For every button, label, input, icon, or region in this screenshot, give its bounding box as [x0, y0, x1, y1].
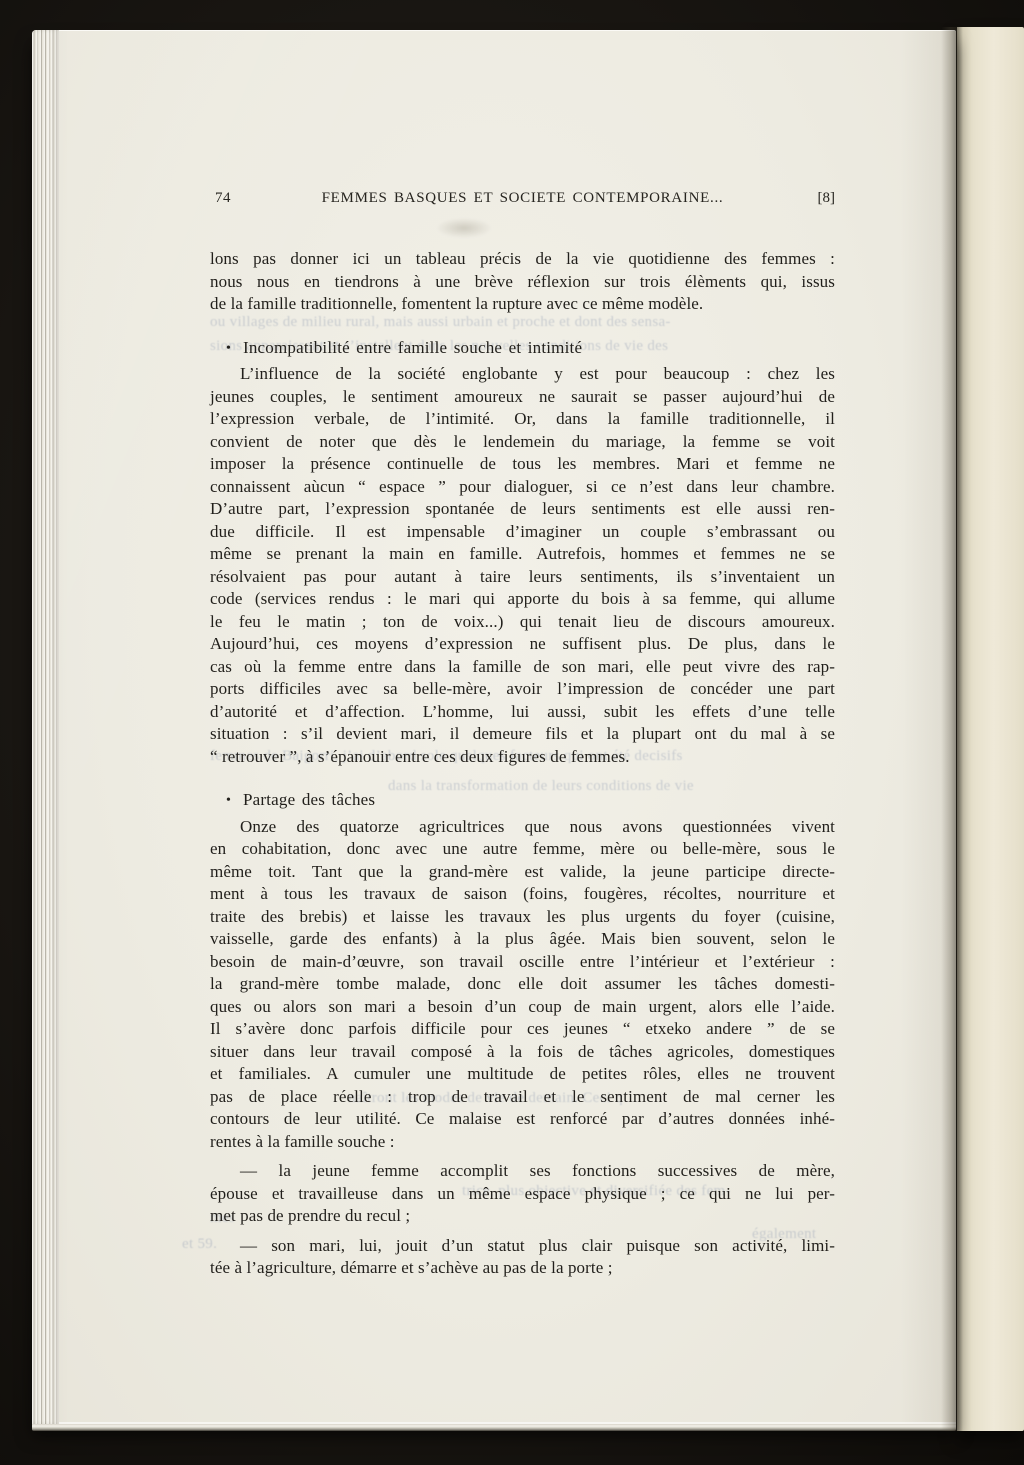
text-line: — son mari, lui, jouit d’un statut plus … [210, 1235, 835, 1258]
paragraph: — son mari, lui, jouit d’un statut plus … [210, 1235, 835, 1280]
text-line: pas de place réelle : trop de travail et… [210, 1086, 835, 1109]
text-line: nous nous en tiendrons à une brève réfle… [210, 271, 835, 294]
text-line: ques ou alors son mari a besoin d’un cou… [210, 996, 835, 1019]
section-heading-text: Incompatibilité entre famille souche et … [243, 338, 582, 357]
text-line: et familiales. A cumuler une multitude d… [210, 1063, 835, 1086]
text-line: vaisselle, garde des enfants) à la plus … [210, 928, 835, 951]
text-line: situation : s’il devient mari, il demeur… [210, 723, 835, 746]
text-line: jeunes couples, le sentiment amoureux ne… [210, 386, 835, 409]
page-stack-left-edges [32, 30, 59, 1424]
text-line: L’influence de la société englobante y e… [210, 363, 835, 386]
text-line: cas où la femme entre dans la famille de… [210, 656, 835, 679]
running-header: 74 FEMMES BASQUES ET SOCIETE CONTEMPORAI… [210, 190, 835, 212]
text-column: 74 FEMMES BASQUES ET SOCIETE CONTEMPORAI… [210, 190, 835, 1280]
facing-page-edge [957, 27, 1024, 1431]
text-line: en cohabitation, donc avec une autre fem… [210, 838, 835, 861]
photo-background: ou villages de milieu rural, mais aussi … [0, 0, 1024, 1465]
text-line: épouse et travailleuse dans un même espa… [210, 1183, 835, 1206]
text-line: D’autre part, l’expression spontanée de … [210, 498, 835, 521]
paragraph: lons pas donner ici un tableau précis de… [210, 248, 835, 316]
page-number: 74 [215, 190, 231, 207]
page-body: lons pas donner ici un tableau précis de… [210, 248, 835, 1280]
text-line: convient de noter que dès le lendemein d… [210, 431, 835, 454]
text-line: le feu le matin ; ton de voix...) qui te… [210, 611, 835, 634]
text-line: résolvaient pas pour autant à taire leur… [210, 566, 835, 589]
text-line: même toit. Tant que la grand-mère est va… [210, 861, 835, 884]
text-line: Il s’avère donc parfois difficile pour c… [210, 1018, 835, 1041]
book-gutter-shadow [941, 27, 963, 1431]
text-line: connaissent aùcun “ espace ” pour dialog… [210, 476, 835, 499]
section-heading-text: Partage des tâches [243, 790, 375, 809]
text-line: due difficile. Il est impensable d’imagi… [210, 521, 835, 544]
text-line: code (services rendus : le mari qui appo… [210, 588, 835, 611]
text-line: de la famille traditionnelle, fomentent … [210, 293, 835, 316]
text-line: ment à tous les travaux de saison (foins… [210, 883, 835, 906]
bullet-icon: • [226, 790, 243, 813]
text-line: besoin de main-d’œuvre, son travail osci… [210, 951, 835, 974]
bullet-icon: • [226, 338, 243, 361]
text-line: imposer la présence continuelle de tous … [210, 453, 835, 476]
page-stack-bottom-edges [32, 1424, 956, 1431]
text-line: Onze des quatorze agricultrices que nous… [210, 816, 835, 839]
text-line: traite des brebis) et laisse les travaux… [210, 906, 835, 929]
text-line: rentes à la famille souche : [210, 1131, 835, 1154]
text-line: met pas de prendre du recul ; [210, 1205, 835, 1228]
text-line: Aujourd’hui, ces moyens d’expression ne … [210, 633, 835, 656]
text-line: situer dans leur travail composé à la fo… [210, 1041, 835, 1064]
text-line: “ retrouver ”, à s’épanouir entre ces de… [210, 746, 835, 769]
text-line: — la jeune femme accomplit ses fonctions… [210, 1160, 835, 1183]
text-line: d’autorité et d’affection. L’homme, lui … [210, 701, 835, 724]
paragraph: — la jeune femme accomplit ses fonctions… [210, 1160, 835, 1228]
text-line: tée à l’agriculture, démarre et s’achève… [210, 1257, 835, 1280]
running-title: FEMMES BASQUES ET SOCIETE CONTEMPORAINE.… [210, 190, 835, 207]
text-line: lons pas donner ici un tableau précis de… [210, 248, 835, 271]
text-line: la grand-mère tombe malade, donc elle do… [210, 973, 835, 996]
text-line: ports difficiles avec sa belle-mère, avo… [210, 678, 835, 701]
text-line: même se prenant la main en famille. Autr… [210, 543, 835, 566]
section-heading: •Partage des tâches [210, 789, 835, 813]
text-line: l’expression verbale, de l’intimité. Or,… [210, 408, 835, 431]
paragraph: Onze des quatorze agricultrices que nous… [210, 816, 835, 1154]
book-page: ou villages de milieu rural, mais aussi … [32, 30, 956, 1424]
text-line: contours de leur utilité. Ce malaise est… [210, 1108, 835, 1131]
section-heading: •Incompatibilité entre famille souche et… [210, 337, 835, 361]
section-number: [8] [818, 190, 836, 207]
paragraph: L’influence de la société englobante y e… [210, 363, 835, 768]
